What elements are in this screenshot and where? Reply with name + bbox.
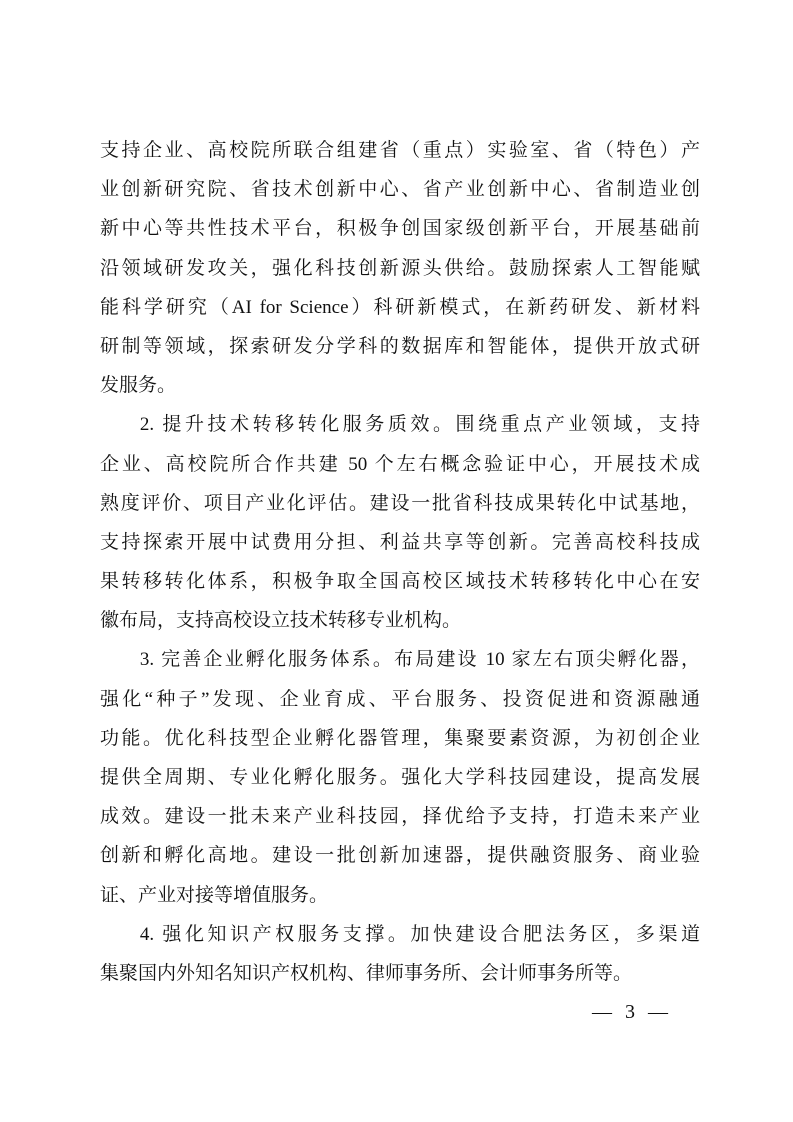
text-line: 强化“种子”发现、企业育成、平台服务、投资促进和资源融通 [100,680,700,719]
text-line: 功能。优化科技型企业孵化器管理，集聚要素资源，为初创企业 [100,719,700,758]
text-line: 业创新研究院、省技术创新中心、省产业创新中心、省制造业创 [100,170,700,209]
text-line: 研制等领域，探索研发分学科的数据库和智能体，提供开放式研 [100,327,700,366]
text-line: 创新和孵化高地。建设一批创新加速器，提供融资服务、商业验 [100,836,700,875]
text-line: 4. 强化知识产权服务支撑。加快建设合肥法务区，多渠道 [100,915,700,954]
text-line: 熟度评价、项目产业化评估。建设一批省科技成果转化中试基地， [100,484,700,523]
paragraph-item-3: 3. 完善企业孵化服务体系。布局建设 10 家左右顶尖孵化器，强化“种子”发现、… [100,640,700,914]
text-line: 沿领域研发攻关，强化科技创新源头供给。鼓励探索人工智能赋 [100,249,700,288]
document-page: 支持企业、高校院所联合组建省（重点）实验室、省（特色）产业创新研究院、省技术创新… [0,0,793,1122]
text-line: 成效。建设一批未来产业科技园，择优给予支持，打造未来产业 [100,797,700,836]
paragraph-continuation: 支持企业、高校院所联合组建省（重点）实验室、省（特色）产业创新研究院、省技术创新… [100,131,700,405]
text-line: 新中心等共性技术平台，积极争创国家级创新平台，开展基础前 [100,209,700,248]
paragraph-item-2: 2. 提升技术转移转化服务质效。围绕重点产业领域，支持企业、高校院所合作共建 5… [100,405,700,640]
text-line: 证、产业对接等增值服务。 [100,876,700,915]
text-line: 能科学研究（AI for Science）科研新模式，在新药研发、新材料 [100,288,700,327]
document-body: 支持企业、高校院所联合组建省（重点）实验室、省（特色）产业创新研究院、省技术创新… [100,131,700,993]
text-line: 3. 完善企业孵化服务体系。布局建设 10 家左右顶尖孵化器， [100,640,700,679]
text-line: 支持企业、高校院所联合组建省（重点）实验室、省（特色）产 [100,131,700,170]
text-line: 企业、高校院所合作共建 50 个左右概念验证中心，开展技术成 [100,445,700,484]
text-line: 提供全周期、专业化孵化服务。强化大学科技园建设，提高发展 [100,758,700,797]
text-line: 发服务。 [100,366,700,405]
page-number: — 3 — [592,1001,672,1024]
text-line: 支持探索开展中试费用分担、利益共享等创新。完善高校科技成 [100,523,700,562]
page-footer: — 3 — [100,1001,700,1024]
text-line: 徽布局，支持高校设立技术转移专业机构。 [100,601,700,640]
text-line: 2. 提升技术转移转化服务质效。围绕重点产业领域，支持 [100,405,700,444]
text-line: 果转移转化体系，积极争取全国高校区域技术转移转化中心在安 [100,562,700,601]
paragraph-item-4: 4. 强化知识产权服务支撑。加快建设合肥法务区，多渠道集聚国内外知名知识产权机构… [100,915,700,993]
text-line: 集聚国内外知名知识产权机构、律师事务所、会计师事务所等。 [100,954,700,993]
